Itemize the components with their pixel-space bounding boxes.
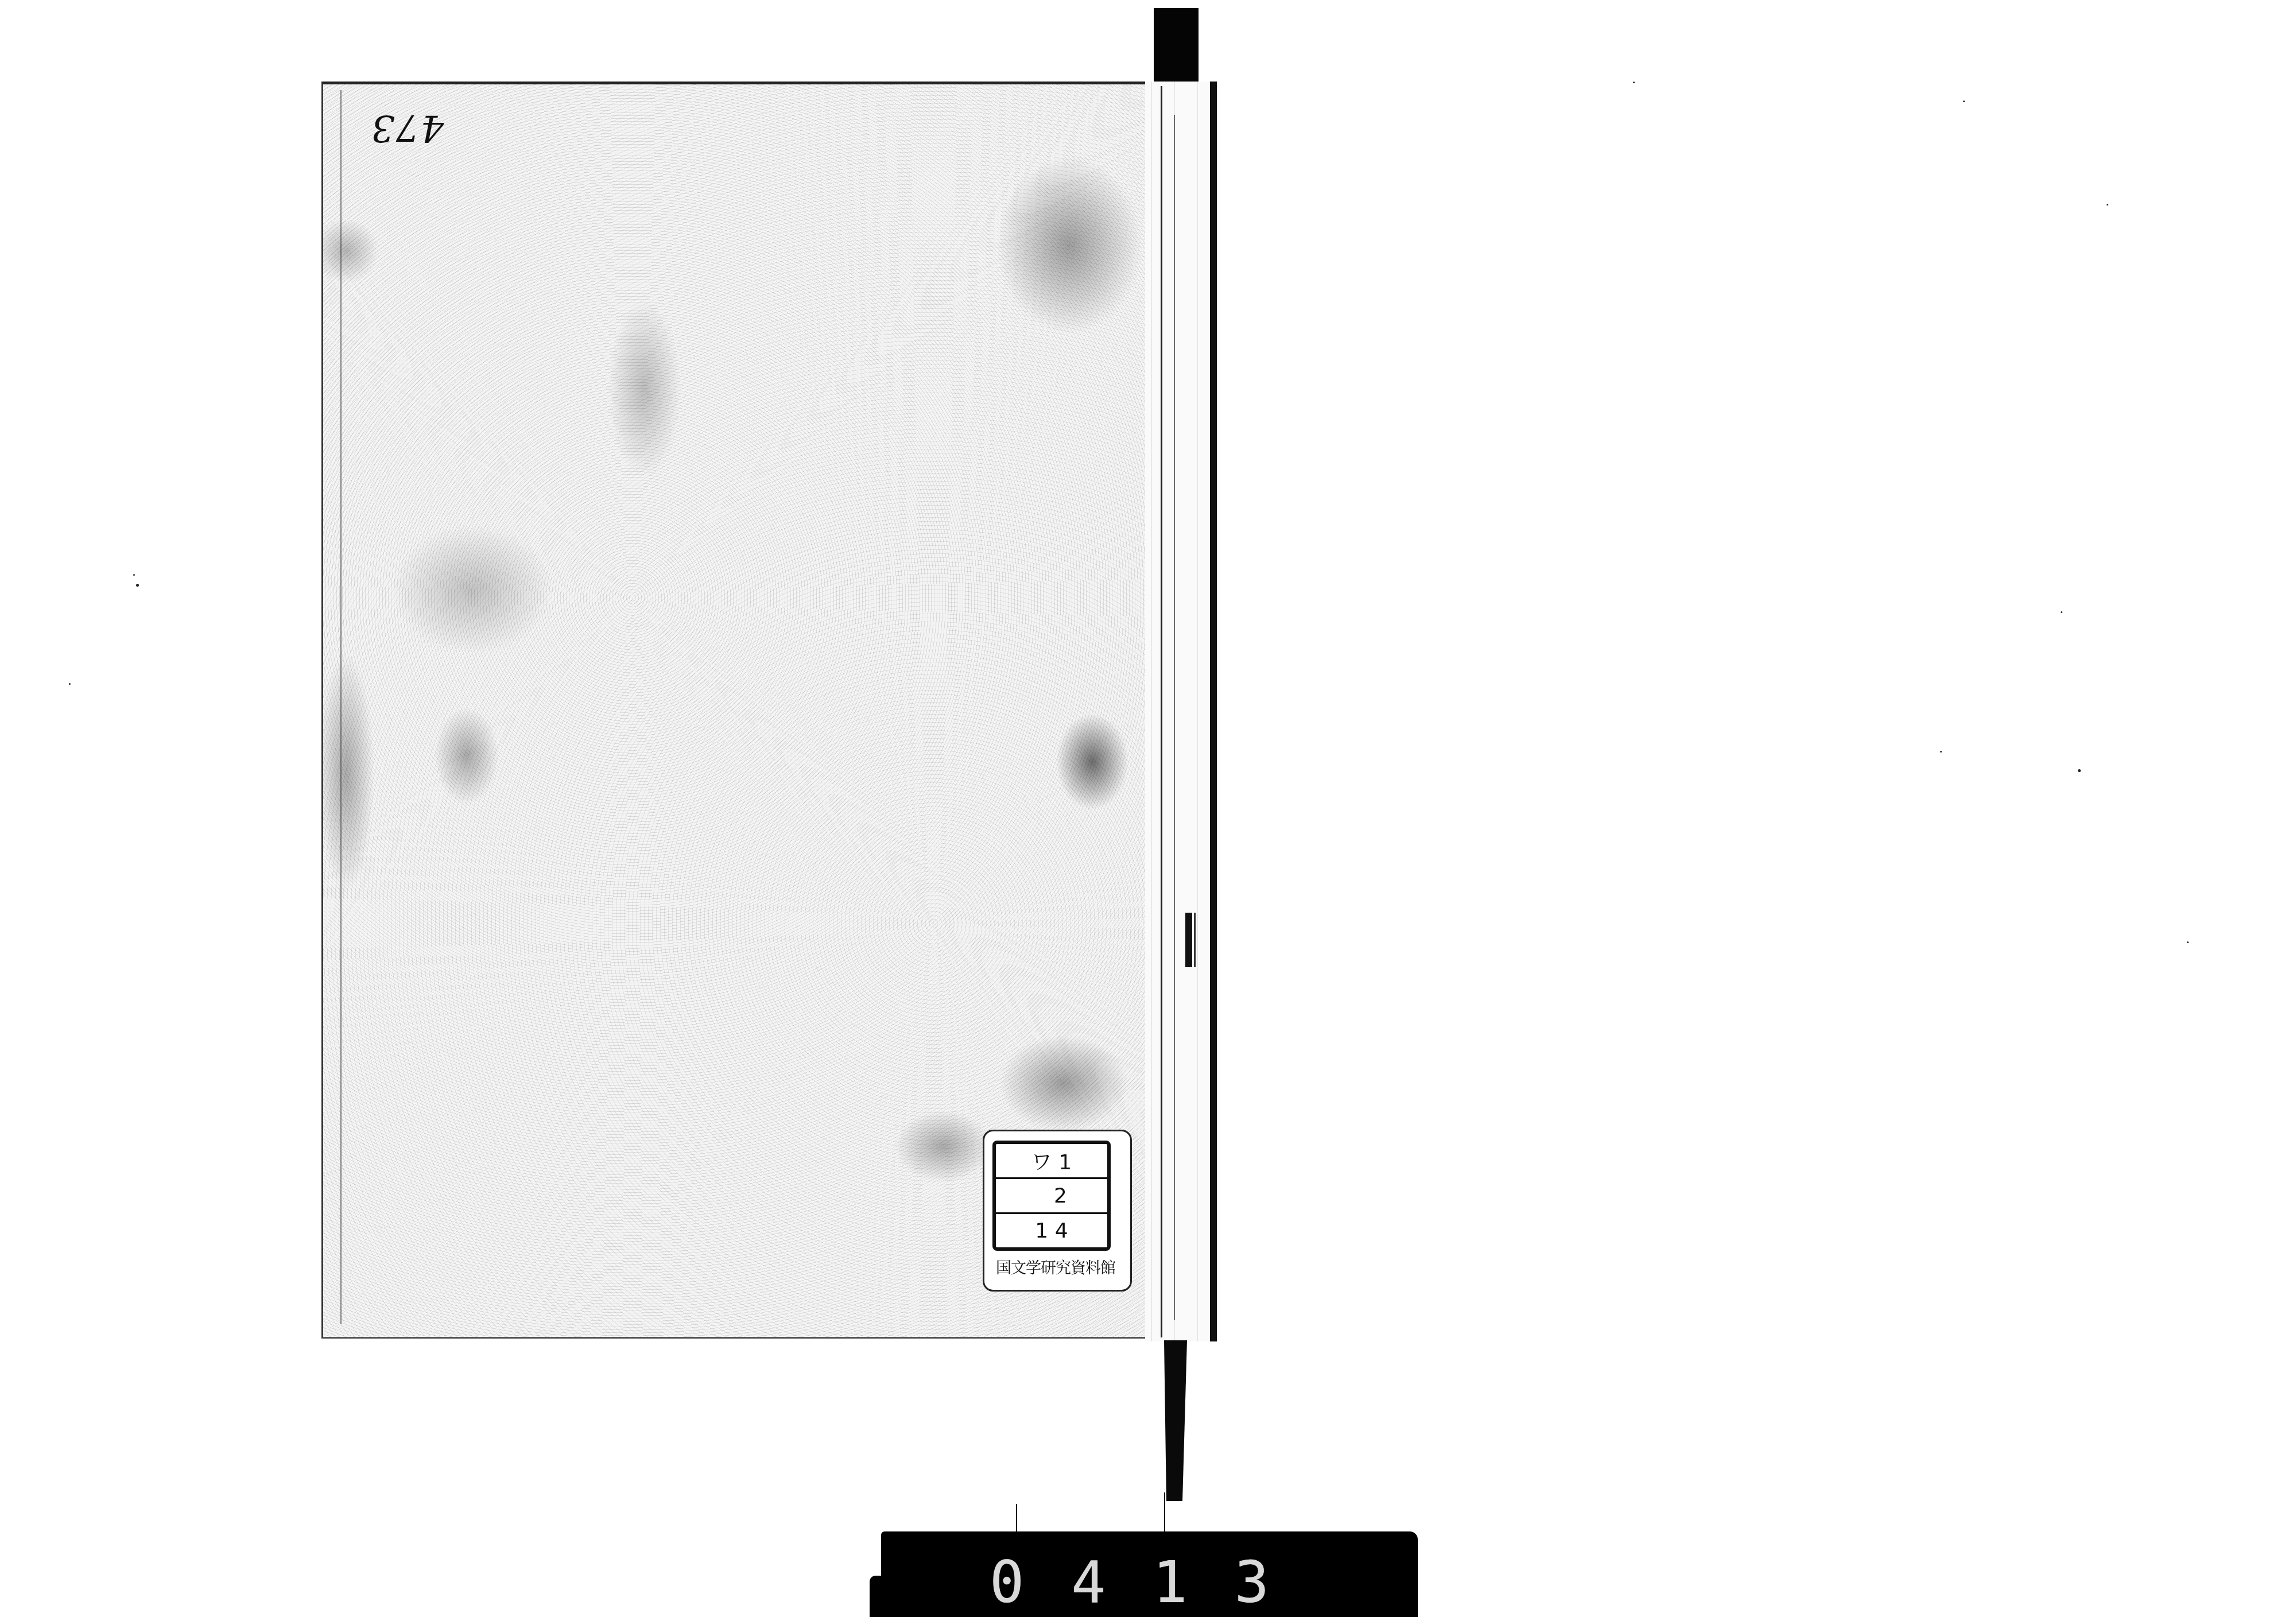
counter-digit: 1 — [1153, 1549, 1188, 1616]
call-number-row: ワ 1 — [996, 1144, 1107, 1177]
scanner-lower-strip — [1164, 1340, 1187, 1501]
call-number-box: ワ 1 2 1 4 — [992, 1141, 1111, 1251]
counter-digit: 4 — [1071, 1549, 1106, 1616]
cover-edge-line — [340, 90, 342, 1324]
binding-thread-line — [1161, 86, 1162, 1337]
scan-counter-digits: 0 4 1 3 — [881, 1549, 1418, 1616]
counter-digit: 0 — [990, 1549, 1024, 1616]
call-number-row: 2 — [996, 1177, 1107, 1212]
dust-speck — [133, 574, 135, 576]
dust-speck — [1963, 100, 1965, 102]
scanner-top-tab — [1154, 8, 1199, 82]
call-number-row: 1 4 — [996, 1212, 1107, 1247]
dust-speck — [2187, 941, 2189, 943]
dust-speck — [1633, 82, 1635, 83]
dust-speck — [2107, 204, 2108, 205]
book-spine-binding — [1145, 82, 1217, 1341]
handwritten-number: 473 — [370, 106, 444, 149]
library-call-number-label: ワ 1 2 1 4 国文学研究資料館 — [983, 1130, 1132, 1292]
spine-mark — [1194, 913, 1196, 967]
dust-speck — [136, 584, 139, 587]
spine-mark — [1185, 913, 1192, 967]
dust-speck — [69, 683, 71, 685]
dust-speck — [1940, 751, 1942, 753]
counter-digit: 3 — [1235, 1549, 1269, 1616]
scan-counter-bar: 0 4 1 3 — [881, 1531, 1418, 1617]
dust-speck — [2061, 611, 2062, 613]
binding-thread-line — [1174, 115, 1175, 1320]
thread-line — [1164, 1492, 1165, 1535]
institution-name: 国文学研究資料館 — [987, 1255, 1124, 1278]
dust-speck — [2078, 769, 2081, 772]
